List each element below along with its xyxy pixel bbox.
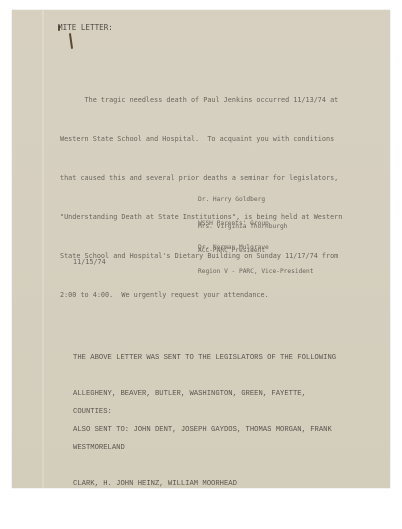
document-page: MITE LETTER: The tragic needless death o… (12, 10, 390, 488)
staple-mark (69, 33, 73, 49)
signatory-block: Dr. Norman Mulgrave Region V - PARC, Vic… (198, 228, 313, 292)
also-sent-list: ALSO SENT TO: JOHN DENT, JOSEPH GAYDOS, … (73, 385, 332, 500)
signatory-name: Dr. Norman Mulgrave (198, 244, 313, 252)
signatory-name: Dr. Harry Goldberg (198, 196, 269, 204)
paper-crease (42, 10, 44, 488)
signatory-title: Region V - PARC, Vice-President (198, 268, 313, 276)
letter-date: 11/15/74 (73, 258, 106, 266)
body-line: Western State School and Hospital. To ac… (60, 133, 342, 146)
also-sent-line: ALSO SENT TO: JOHN DENT, JOSEPH GAYDOS, … (73, 421, 332, 439)
also-sent-line: CLARK, H. JOHN HEINZ, WILLIAM MOORHEAD (73, 475, 332, 493)
letter-heading: MITE LETTER: (58, 23, 113, 32)
body-line: The tragic needless death of Paul Jenkin… (60, 94, 342, 107)
